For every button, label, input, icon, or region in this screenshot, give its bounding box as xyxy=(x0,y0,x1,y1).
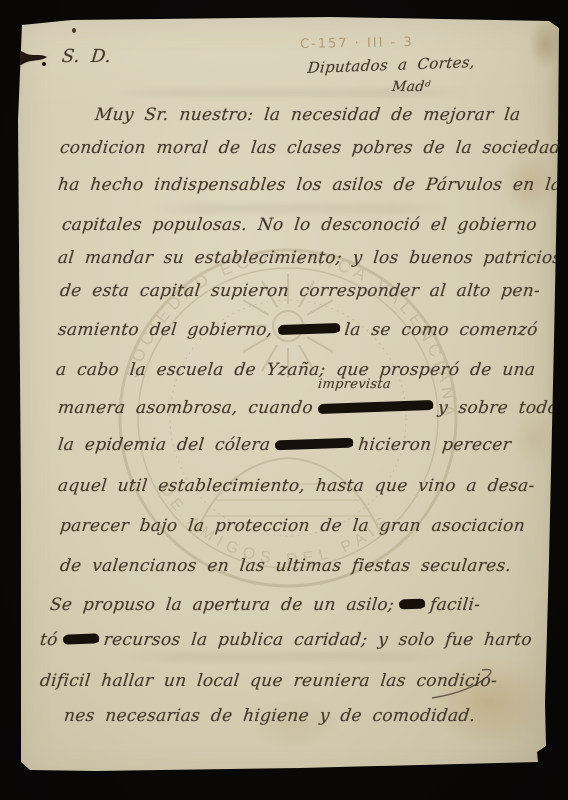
line-text: facili- xyxy=(429,595,481,615)
ink-redaction xyxy=(277,323,340,335)
line-text: la epidemia del cólera xyxy=(57,435,271,455)
heading-city: Madᵈ xyxy=(391,79,431,95)
line-text: nes necesarias de higiene y de comodidad… xyxy=(63,706,476,726)
manuscript-line: a cabo la escuela de Yzaña; que prosperó… xyxy=(55,360,536,380)
line-text: Se propuso la apertura de un asilo; xyxy=(49,595,395,615)
line-text: al mandar su establecimiento; y los buen… xyxy=(57,248,563,268)
line-text: recursos la publica caridad; y solo fue … xyxy=(103,630,533,650)
manuscript-line: condicion moral de las clases pobres de … xyxy=(59,138,562,158)
manuscript-page: SOCIEDAD ECONOMICA VALENCIANA DE AMIGOS … xyxy=(0,0,568,800)
manuscript-line: ha hecho indispensables los asilos de Pá… xyxy=(57,175,568,195)
line-text: a cabo la escuela de Yzaña; que prosperó… xyxy=(55,360,536,380)
ink-redaction xyxy=(399,599,426,610)
line-text: hicieron perecer xyxy=(357,435,512,455)
manuscript-line: tórecursos la publica caridad; y solo fu… xyxy=(39,630,533,650)
manuscript-line: nes necesarias de higiene y de comodidad… xyxy=(63,706,476,726)
manuscript-line: capitales populosas. No lo desconoció el… xyxy=(61,215,538,235)
stain xyxy=(512,412,556,466)
ink-redaction xyxy=(62,633,99,644)
manuscript-line: al mandar su establecimiento; y los buen… xyxy=(57,248,563,268)
line-text: de esta capital supieron corresponder al… xyxy=(59,281,541,301)
manuscript-line: la epidemia del cólerahicieron perecer xyxy=(57,435,512,455)
flourish-icon xyxy=(430,662,500,702)
manuscript-line: manera asombrosa, cuandoy sobre todo xyxy=(57,398,559,418)
line-text: condicion moral de las clases pobres de … xyxy=(59,138,562,158)
line-text: manera asombrosa, cuando xyxy=(57,398,314,418)
line-text: Muy Sr. nuestro: la necesidad de mejorar… xyxy=(94,105,522,125)
ink-redaction xyxy=(318,400,434,414)
ink-redaction xyxy=(275,438,354,451)
ink-speck xyxy=(72,28,76,33)
manuscript-line: de esta capital supieron corresponder al… xyxy=(59,281,541,301)
line-text: tó xyxy=(39,630,59,650)
line-text: aquel util establecimiento, hasta que vi… xyxy=(57,476,536,496)
heading-destination: Diputados a Cortes, xyxy=(307,53,476,77)
scan-background: SOCIEDAD ECONOMICA VALENCIANA DE AMIGOS … xyxy=(0,0,568,800)
line-text: parecer bajo la proteccion de la gran as… xyxy=(59,516,526,536)
line-text: y sobre todo xyxy=(437,398,559,418)
line-text: de valencianos en las ultimas fiestas se… xyxy=(59,556,512,576)
stain xyxy=(528,18,562,70)
verso-show-through xyxy=(150,204,450,213)
manuscript-line: samiento del gobierno,la se como comenzó xyxy=(57,320,539,340)
ink-blot xyxy=(0,44,54,76)
line-text: ha hecho indispensables los asilos de Pá… xyxy=(57,175,568,195)
line-text: samiento del gobierno, xyxy=(57,320,274,340)
line-text: capitales populosas. No lo desconoció el… xyxy=(61,215,538,235)
manuscript-line: de valencianos en las ultimas fiestas se… xyxy=(59,556,512,576)
manuscript-line: aquel util establecimiento, hasta que vi… xyxy=(57,476,536,496)
manuscript-line: Se propuso la apertura de un asilo;facil… xyxy=(49,595,481,615)
addressee-abbrev: S. D. xyxy=(61,46,112,67)
line-text: la se como comenzó xyxy=(343,320,538,340)
archive-mark: C-157 · III - 3 xyxy=(300,35,414,52)
manuscript-line: Muy Sr. nuestro: la necesidad de mejorar… xyxy=(94,105,522,125)
verso-show-through xyxy=(120,652,450,661)
manuscript-line: parecer bajo la proteccion de la gran as… xyxy=(59,516,526,536)
